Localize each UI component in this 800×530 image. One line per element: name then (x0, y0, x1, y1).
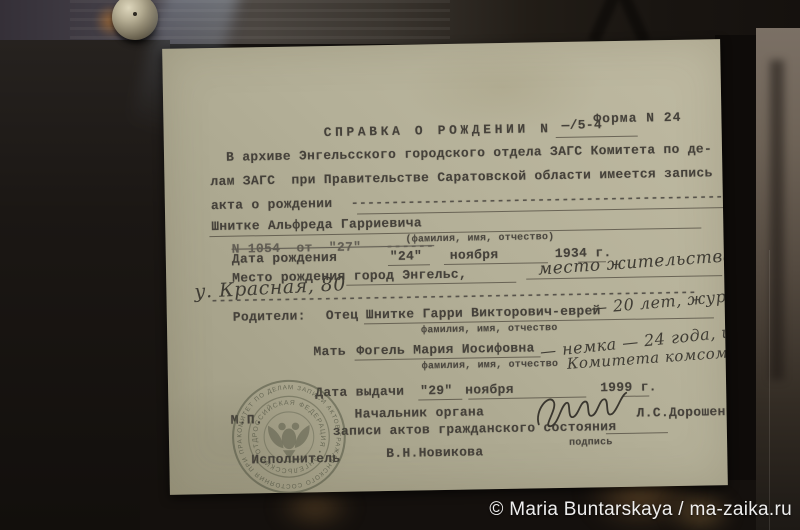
signature-hint: подпись (569, 437, 613, 449)
document-title: СПРАВКА О РОЖДЕНИИ N (324, 122, 552, 140)
official-title-line-1: Начальник органа (354, 405, 484, 421)
issue-month: ноября (465, 383, 514, 398)
birth-month: ноября (450, 248, 499, 263)
intro-line-2: лам ЗАГС при Правительстве Саратовской о… (210, 166, 712, 189)
background-column-shadow (770, 60, 784, 380)
underline (556, 136, 638, 138)
underline (388, 264, 430, 266)
underline (418, 399, 462, 401)
parents-label: Родители: (233, 309, 306, 324)
signature (532, 384, 649, 436)
father-label: Отец (326, 309, 359, 324)
act-record-label: акта о рождении (211, 197, 333, 213)
birth-date-label: Дата рождения (232, 251, 338, 267)
intro-line-1: В архиве Энгельсского городского отдела … (226, 142, 712, 164)
form-number-label: Форма N 24 (593, 111, 681, 127)
executor-name: В.Н.Новикова (386, 445, 483, 461)
mount-knob-center (133, 12, 137, 16)
birth-certificate-document: Форма N 24 СПРАВКА О РОЖДЕНИИ N —/5-4 В … (162, 39, 728, 495)
birth-day: "24" (390, 249, 423, 264)
person-name: Шнитке Альфреда Гарриевича (211, 216, 422, 234)
official-name: Л.С.Дорошенко (636, 405, 727, 421)
father-name-hint: фамилия, имя, отчество (421, 323, 558, 336)
round-stamp: КОМИТЕТ ПО ДЕЛАМ ЗАПИСИ АКТОВ ГРАЖДАНСКО… (228, 376, 350, 495)
mother-label: Мать (313, 345, 346, 360)
museum-photo: Форма N 24 СПРАВКА О РОЖДЕНИИ N —/5-4 В … (0, 0, 800, 530)
glass-edge-line (769, 250, 770, 530)
issue-day: "29" (420, 384, 453, 399)
stamp-eagle-emblem (268, 422, 310, 460)
photographer-watermark: © Maria Buntarskaya / ma-zaika.ru (489, 499, 792, 521)
mother-name-hint: фамилия, имя, отчество (422, 359, 559, 372)
certificate-number: —/5-4 (561, 118, 602, 133)
